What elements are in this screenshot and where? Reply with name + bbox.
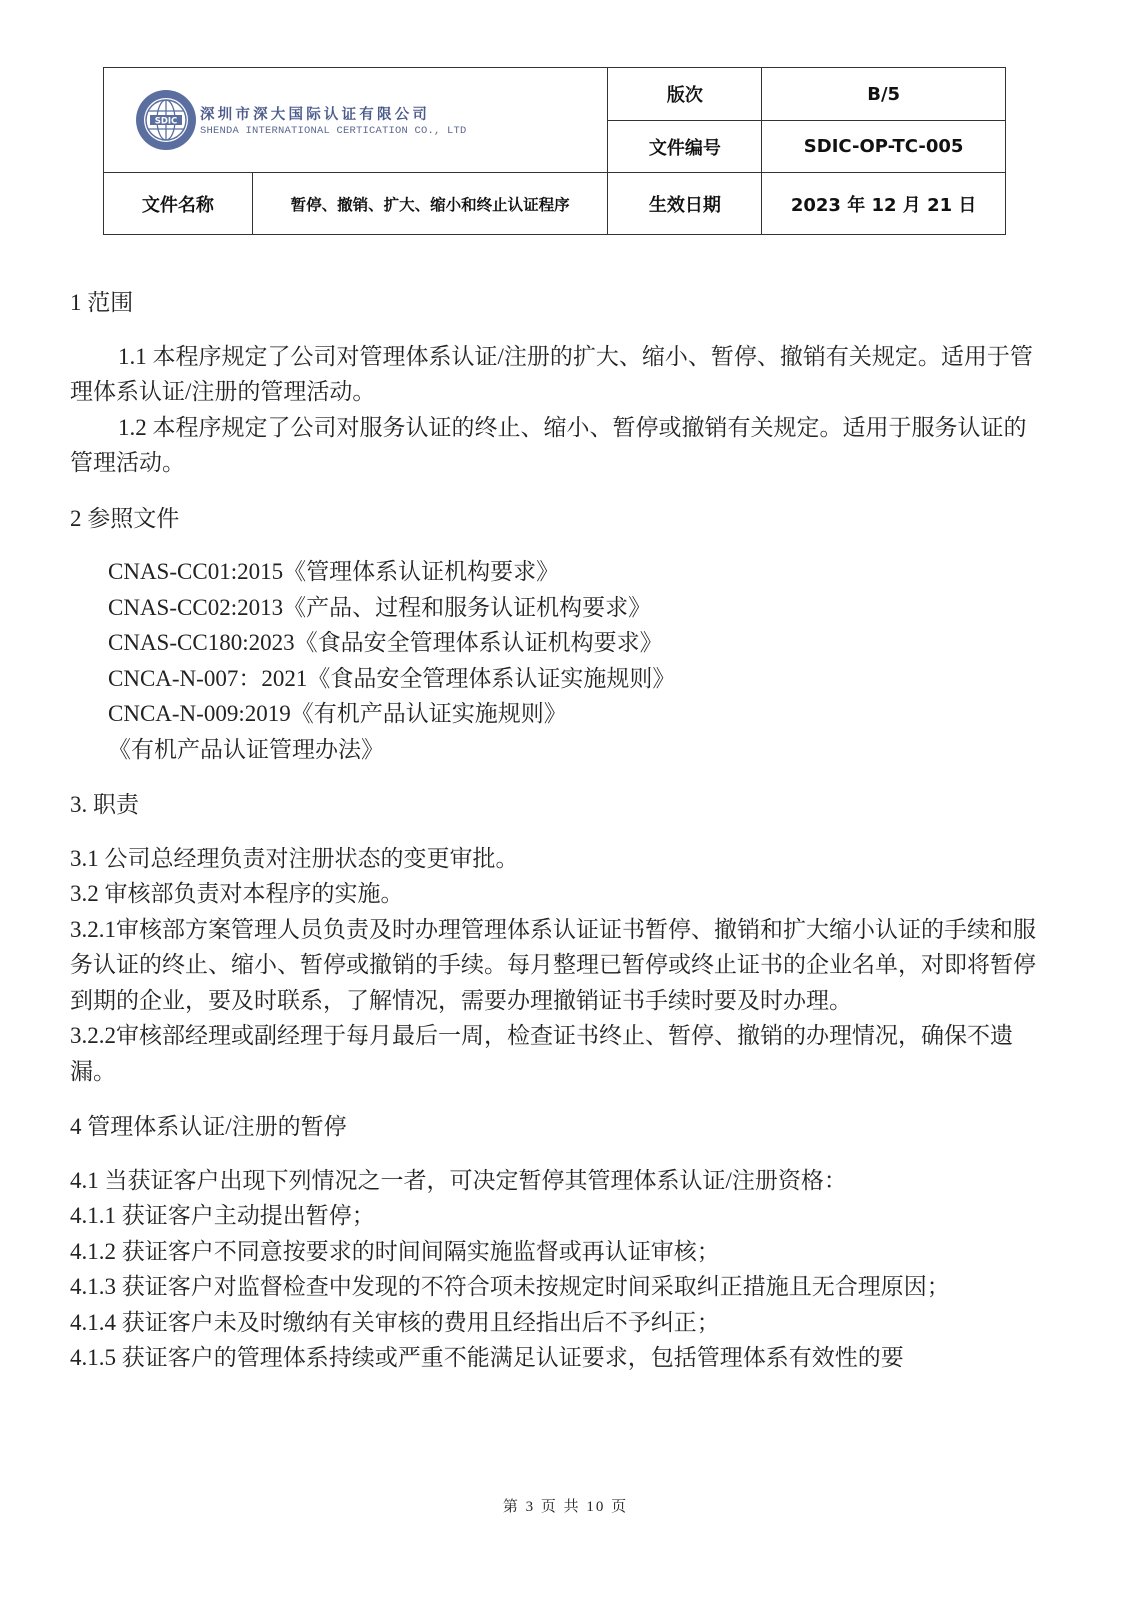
- suspension-item: 4.1 当获证客户出现下列情况之一者，可决定暂停其管理体系认证/注册资格：: [70, 1163, 1040, 1199]
- effective-date-label: 生效日期: [608, 173, 762, 235]
- page-number-footer: 第 3 页 共 10 页: [0, 1495, 1131, 1516]
- responsibility-item: 3.2 审核部负责对本程序的实施。: [70, 876, 1040, 912]
- document-header-table: SDIC 深圳市深大国际认证有限公司 SHENDA INTERNATIONAL …: [103, 67, 1006, 235]
- version-value: B/5: [762, 68, 1006, 121]
- section-3-heading: 3. 职责: [70, 787, 1040, 823]
- responsibility-item: 3.2.2审核部经理或副经理于每月最后一周，检查证书终止、暂停、撤销的办理情况，…: [70, 1018, 1040, 1089]
- doc-number-label: 文件编号: [608, 121, 762, 173]
- responsibility-item: 3.1 公司总经理负责对注册状态的变更审批。: [70, 841, 1040, 877]
- document-body: 1 范围 1.1 本程序规定了公司对管理体系认证/注册的扩大、缩小、暂停、撤销有…: [70, 285, 1040, 1376]
- section-1-1-paragraph: 1.1 本程序规定了公司对管理体系认证/注册的扩大、缩小、暂停、撤销有关规定。适…: [70, 339, 1040, 410]
- reference-item: CNCA-N-009:2019《有机产品认证实施规则》: [70, 696, 1040, 732]
- section-4-heading: 4 管理体系认证/注册的暂停: [70, 1109, 1040, 1145]
- reference-item: 《有机产品认证管理办法》: [70, 732, 1040, 768]
- doc-name-value: 暂停、撤销、扩大、缩小和终止认证程序: [252, 173, 608, 235]
- reference-item: CNAS-CC02:2013《产品、过程和服务认证机构要求》: [70, 590, 1040, 626]
- company-name-en: SHENDA INTERNATIONAL CERTICATION CO., LT…: [200, 125, 467, 137]
- svg-text:SDIC: SDIC: [155, 117, 178, 127]
- doc-name-label: 文件名称: [104, 173, 253, 235]
- doc-number-value: SDIC-OP-TC-005: [762, 121, 1006, 173]
- effective-date-value: 2023 年 12 月 21 日: [762, 173, 1006, 235]
- company-logo-cell: SDIC 深圳市深大国际认证有限公司 SHENDA INTERNATIONAL …: [104, 68, 608, 173]
- suspension-item: 4.1.5 获证客户的管理体系持续或严重不能满足认证要求，包括管理体系有效性的要: [70, 1340, 1040, 1376]
- company-logo-icon: SDIC: [134, 88, 198, 152]
- section-1-heading: 1 范围: [70, 285, 1040, 321]
- reference-item: CNCA-N-007：2021《食品安全管理体系认证实施规则》: [70, 661, 1040, 697]
- version-label: 版次: [608, 68, 762, 121]
- reference-item: CNAS-CC01:2015《管理体系认证机构要求》: [70, 554, 1040, 590]
- suspension-item: 4.1.3 获证客户对监督检查中发现的不符合项未按规定时间采取纠正措施且无合理原…: [70, 1269, 1040, 1305]
- suspension-item: 4.1.4 获证客户未及时缴纳有关审核的费用且经指出后不予纠正；: [70, 1305, 1040, 1341]
- suspension-item: 4.1.2 获证客户不同意按要求的时间间隔实施监督或再认证审核；: [70, 1234, 1040, 1270]
- company-name-cn: 深圳市深大国际认证有限公司: [200, 103, 467, 124]
- document-page: SDIC 深圳市深大国际认证有限公司 SHENDA INTERNATIONAL …: [0, 0, 1131, 1600]
- suspension-item: 4.1.1 获证客户主动提出暂停；: [70, 1198, 1040, 1234]
- reference-item: CNAS-CC180:2023《食品安全管理体系认证机构要求》: [70, 625, 1040, 661]
- section-1-2-paragraph: 1.2 本程序规定了公司对服务认证的终止、缩小、暂停或撤销有关规定。适用于服务认…: [70, 410, 1040, 481]
- responsibility-item: 3.2.1审核部方案管理人员负责及时办理管理体系认证证书暂停、撤销和扩大缩小认证…: [70, 912, 1040, 1019]
- section-2-heading: 2 参照文件: [70, 501, 1040, 537]
